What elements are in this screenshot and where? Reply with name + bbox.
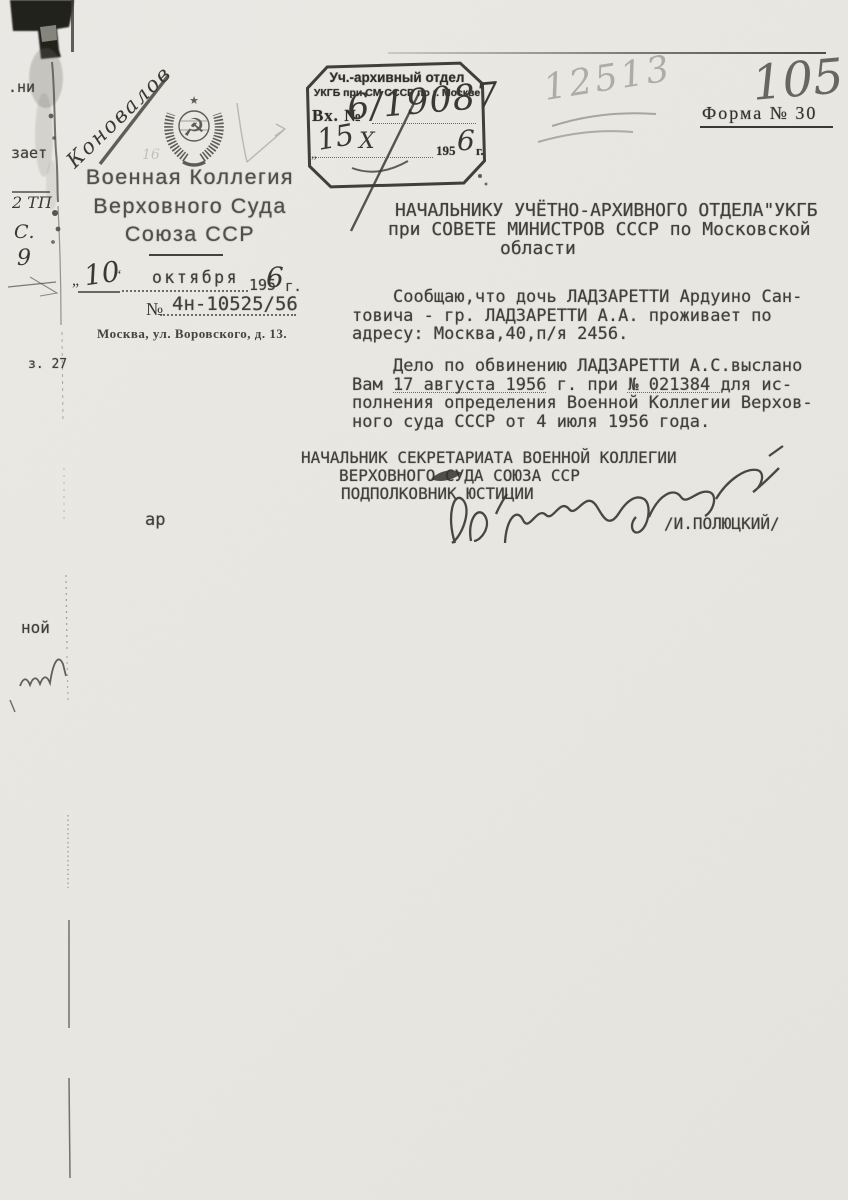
- scanned-document-page: .ни зает 2 ТП С. 9 з. 27 ной Коновалов 1…: [0, 0, 848, 1200]
- handwritten-signature: [0, 0, 848, 1200]
- typist-initials: ар: [145, 510, 165, 530]
